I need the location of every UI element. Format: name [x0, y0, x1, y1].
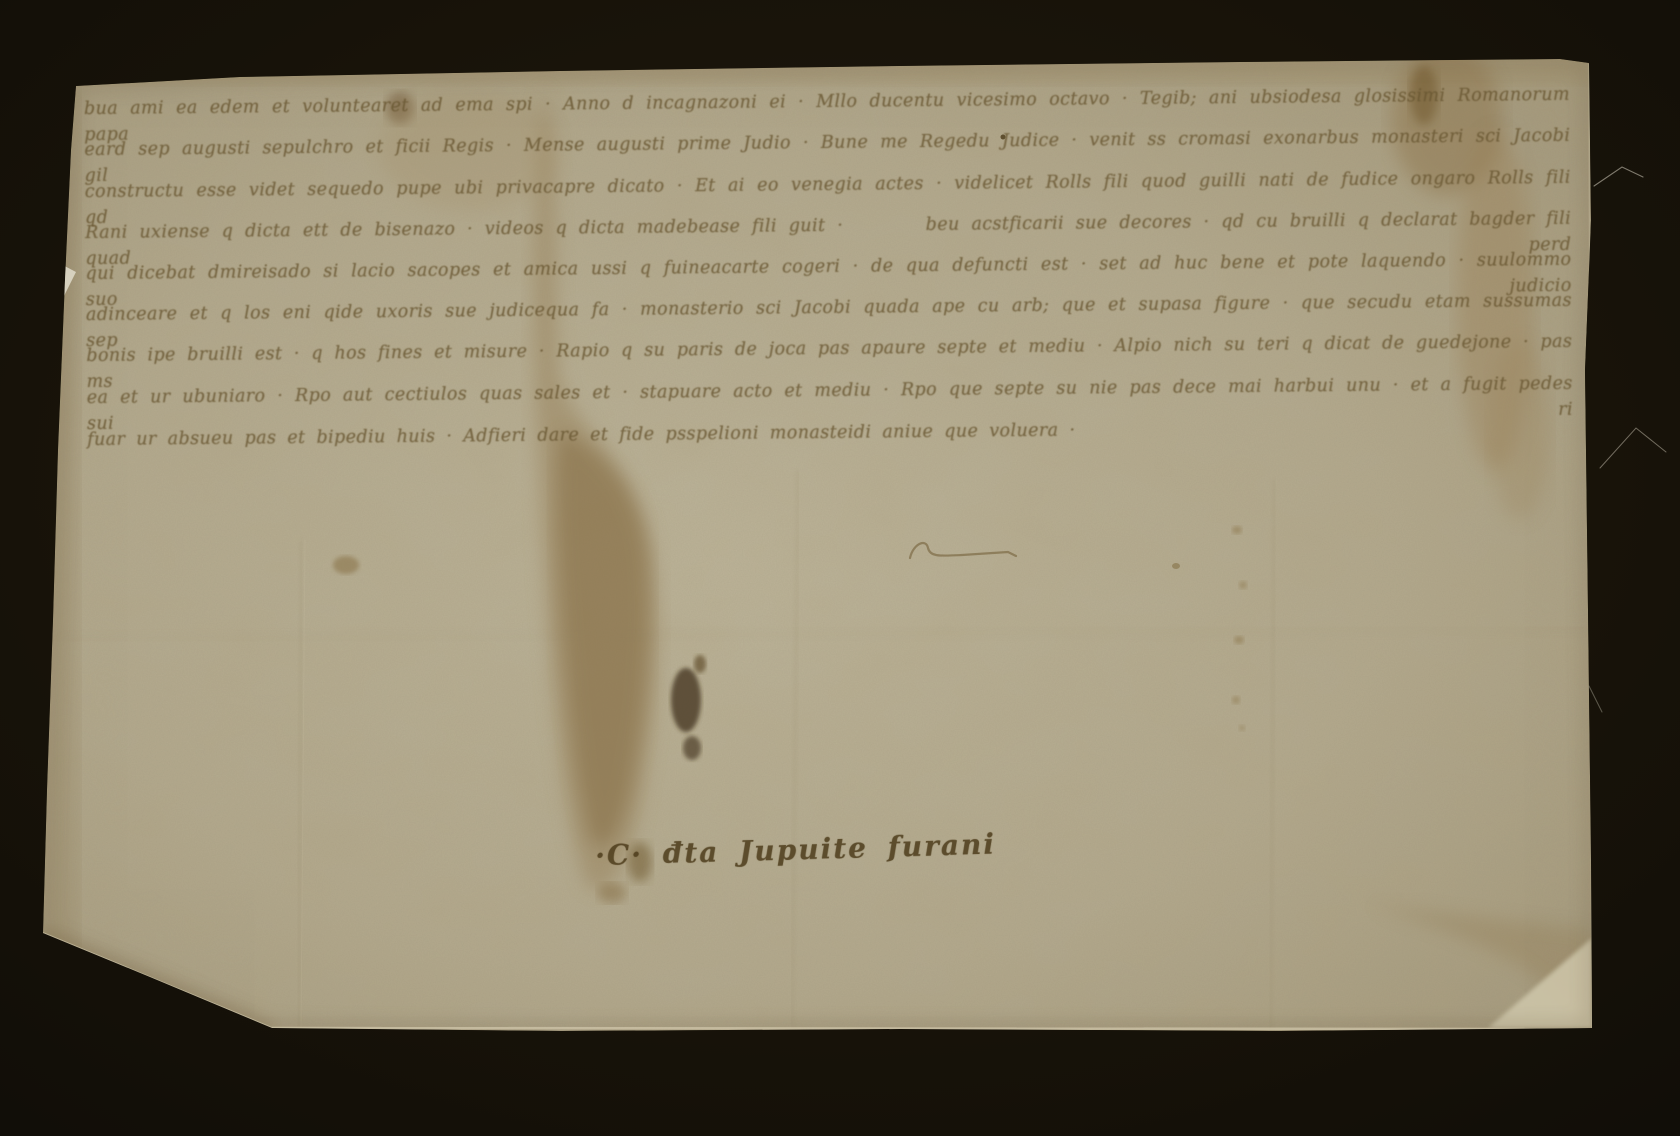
manuscript-photo: bua ami ea edem et voluntearet ad ema sp…	[0, 0, 1680, 1136]
parchment-scan	[0, 0, 1680, 1136]
parchment-grain	[30, 40, 1610, 1050]
